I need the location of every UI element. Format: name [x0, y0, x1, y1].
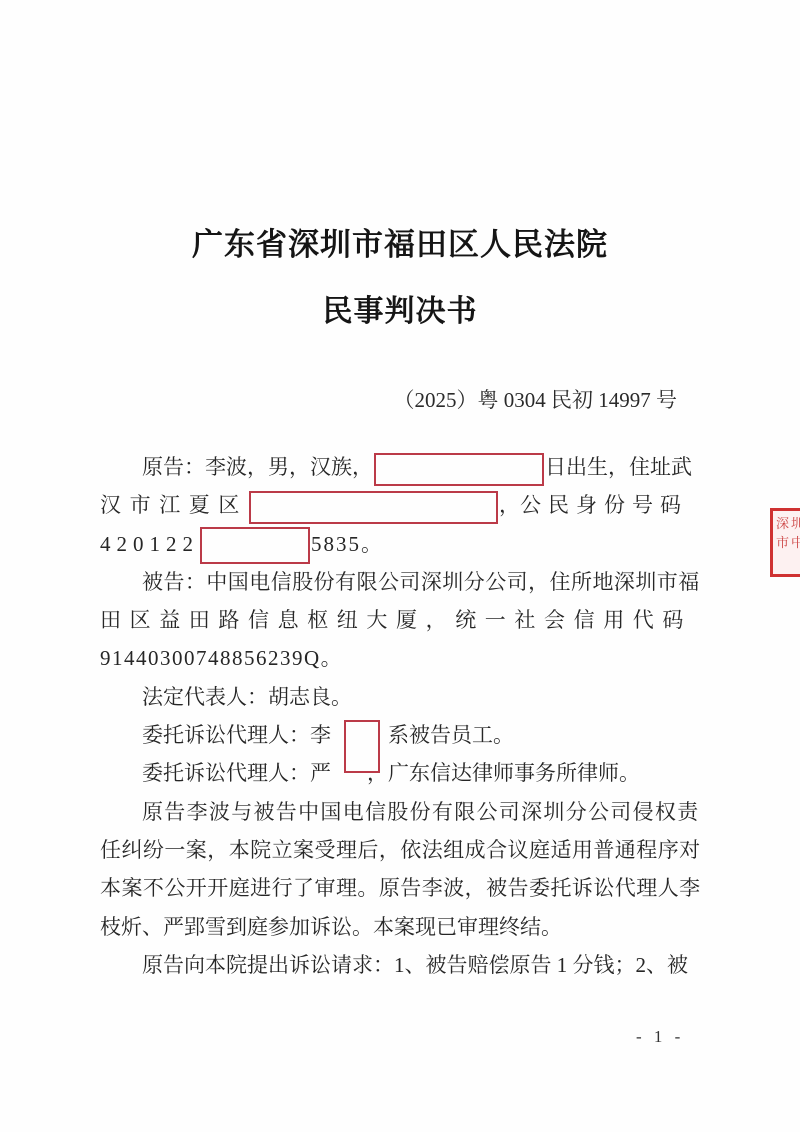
text-segment: 本案不公开开庭进行了审理。原告李波，被告委托诉讼代理人李 [100, 876, 701, 900]
text-segment: 法定代表人：胡志良。 [142, 685, 352, 709]
text-line: 委托诉讼代理人：严，广东信达律师事务所律师。 [100, 754, 720, 792]
text-line: 被告：中国电信股份有限公司深圳分公司，住所地深圳市福 [100, 563, 720, 601]
text-line: 4201225835。 [100, 525, 720, 563]
text-segment: 原告：李波，男，汉族， [142, 455, 373, 479]
document-body: 原告：李波，男，汉族，日出生，住址武汉市江夏区，公民身份号码4201225835… [100, 448, 720, 984]
text-segment: 原告李波与被告中国电信股份有限公司深圳分公司侵权责 [142, 800, 700, 824]
id-number-redaction-box [200, 527, 310, 564]
text-line: 汉市江夏区，公民身份号码 [100, 486, 720, 524]
stamp-text-line2: 市中 [776, 533, 800, 552]
text-segment: 委托诉讼代理人：严 [142, 761, 331, 785]
text-line: 91440300748856239Q。 [100, 639, 720, 677]
text-segment: 原告向本院提出诉讼请求：1、被告赔偿原告 1 分钱；2、被 [142, 953, 688, 977]
text-segment: 田区益田路信息枢纽大厦，统一社会信用代码 [100, 608, 692, 632]
text-segment: 枝炘、严郢雪到庭参加诉讼。本案现已审理终结。 [100, 915, 562, 939]
text-segment: 420122 [100, 532, 199, 556]
text-segment: 91440300748856239Q。 [100, 646, 343, 670]
text-line: 原告：李波，男，汉族，日出生，住址武 [100, 448, 720, 486]
text-segment: 公民身份号码 [520, 493, 688, 517]
text-segment: 汉市江夏区 [100, 493, 248, 517]
text-line: 任纠纷一案，本院立案受理后，依法组成合议庭适用普通程序对 [100, 831, 720, 869]
text-line: 本案不公开开庭进行了审理。原告李波，被告委托诉讼代理人李 [100, 869, 720, 907]
text-segment: 任纠纷一案，本院立案受理后，依法组成合议庭适用普通程序对 [100, 838, 701, 862]
text-line: 原告李波与被告中国电信股份有限公司深圳分公司侵权责 [100, 793, 720, 831]
text-segment: ，广东信达律师事务所律师。 [367, 761, 640, 785]
case-number: （2025）粤 0304 民初 14997 号 [0, 384, 800, 414]
text-segment: ， [499, 493, 520, 517]
text-segment: 被告：中国电信股份有限公司深圳分公司，住所地深圳市福 [142, 570, 700, 594]
text-line: 枝炘、严郢雪到庭参加诉讼。本案现已审理终结。 [100, 908, 720, 946]
text-line: 原告向本院提出诉讼请求：1、被告赔偿原告 1 分钱；2、被 [100, 946, 720, 984]
text-line: 委托诉讼代理人：李，系被告员工。 [100, 716, 720, 754]
text-segment: 日出生，住址武 [545, 455, 692, 479]
document-type-title: 民事判决书 [0, 286, 800, 330]
text-line: 田区益田路信息枢纽大厦，统一社会信用代码 [100, 601, 720, 639]
court-seal-stamp: 深圳 市中 [770, 508, 800, 577]
text-segment: 委托诉讼代理人：李 [142, 723, 331, 747]
birth-date-redaction-box [374, 453, 544, 486]
court-name-title: 广东省深圳市福田区人民法院 [0, 219, 800, 264]
stamp-text-line1: 深圳 [776, 514, 800, 533]
text-line: 法定代表人：胡志良。 [100, 678, 720, 716]
agent-name-redaction-box [344, 720, 380, 773]
text-segment: 5835。 [311, 532, 384, 556]
judgment-document-page: 广东省深圳市福田区人民法院 民事判决书 （2025）粤 0304 民初 1499… [0, 0, 800, 1132]
page-number: - 1 - [636, 1027, 684, 1047]
address-redaction-box [249, 491, 498, 524]
text-segment: ，系被告员工。 [367, 723, 514, 747]
